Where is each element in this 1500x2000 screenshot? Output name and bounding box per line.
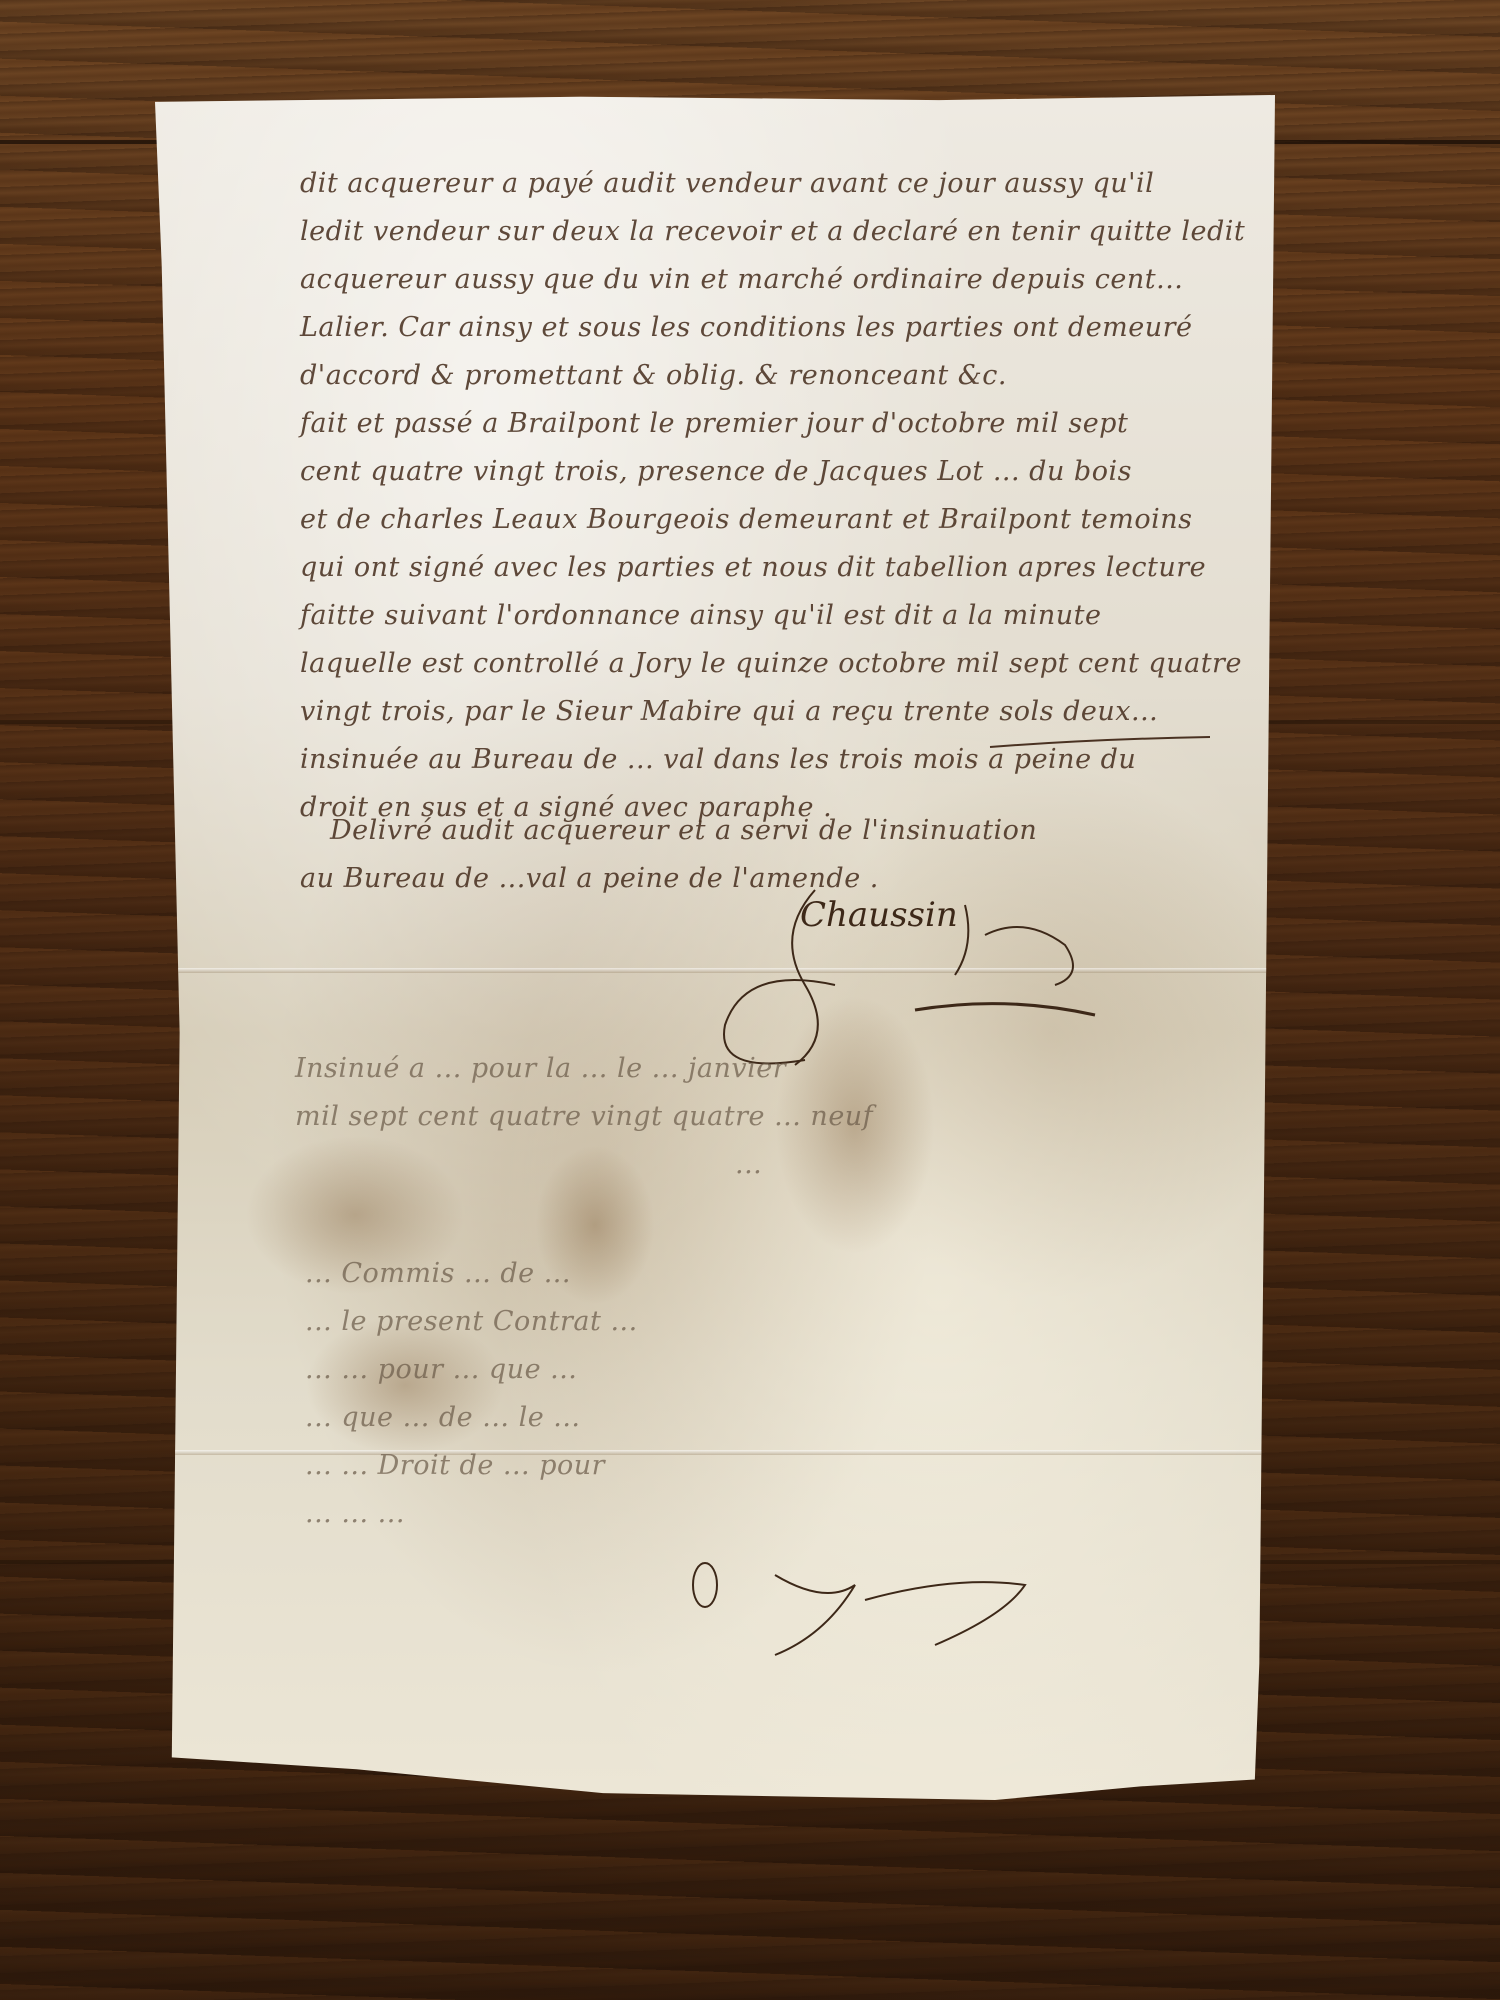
text-line: cent quatre vingt trois, presence de Jac…: [300, 448, 1200, 496]
text-line: ... Commis ... de ...: [305, 1250, 1205, 1298]
text-line: acquereur aussy que du vin et marché ord…: [300, 256, 1200, 304]
text-line: mil sept cent quatre vingt quatre ... ne…: [295, 1093, 1195, 1141]
text-line: vingt trois, par le Sieur Mabire qui a r…: [300, 688, 1200, 736]
text-line: dit acquereur a payé audit vendeur avant…: [300, 160, 1200, 208]
text-line: laquelle est controllé a Jory le quinze …: [300, 640, 1200, 688]
lower-signature-flourish: [625, 1555, 1125, 1675]
text-line: et de charles Leaux Bourgeois demeurant …: [300, 496, 1200, 544]
insinuation-note: Insinué a ... pour la ... le ... janvier…: [295, 1045, 1195, 1189]
text-line: ... que ... de ... le ...: [305, 1394, 1205, 1442]
text-line: Lalier. Car ainsy et sous les conditions…: [300, 304, 1200, 352]
text-line: ledit vendeur sur deux la recevoir et a …: [300, 208, 1200, 256]
text-line: faitte suivant l'ordonnance ainsy qu'il …: [300, 592, 1200, 640]
text-line: Insinué a ... pour la ... le ... janvier: [295, 1045, 1195, 1093]
text-line: fait et passé a Brailpont le premier jou…: [300, 400, 1200, 448]
rule-line: [985, 735, 1215, 755]
text-line: ... ... Droit de ... pour: [305, 1442, 1205, 1490]
text-line: ... ... pour ... que ...: [305, 1346, 1205, 1394]
text-line: Delivré audit acquereur et a servi de l'…: [330, 807, 1230, 855]
text-line: qui ont signé avec les parties et nous d…: [300, 544, 1200, 592]
text-line: ... le present Contrat ...: [305, 1298, 1205, 1346]
text-line: ... ... ...: [305, 1490, 1205, 1538]
text-line: ...: [735, 1141, 1195, 1189]
text-line: d'accord & promettant & oblig. & renonce…: [300, 352, 1200, 400]
document-sheet: dit acquereur a payé audit vendeur avant…: [155, 95, 1275, 1800]
main-deed-text: dit acquereur a payé audit vendeur avant…: [300, 160, 1200, 832]
clerk-note: ... Commis ... de ... ... le present Con…: [305, 1250, 1205, 1538]
